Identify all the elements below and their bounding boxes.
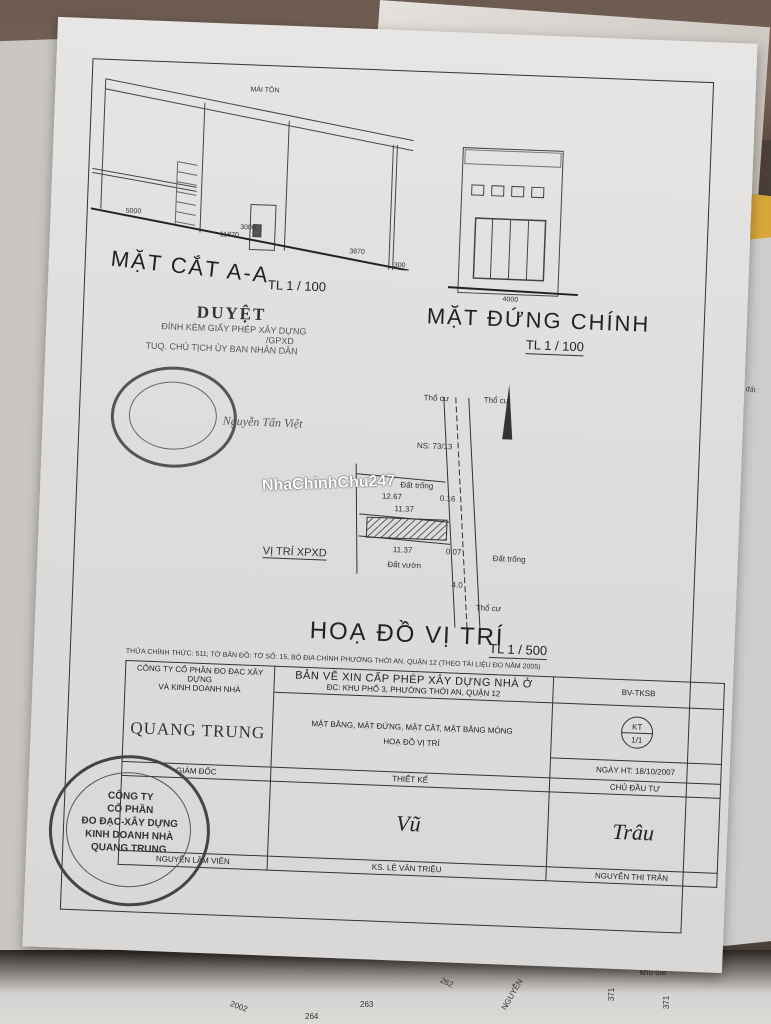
- contents-cell: MẶT BẰNG, MẶT ĐỨNG, MẶT CẮT, MẶT BẰNG MÓ…: [271, 692, 553, 778]
- site-plan-drawing: [335, 373, 545, 640]
- site-label-tho-cu-2: Thổ cư: [484, 396, 510, 406]
- dim-4: 3870: [349, 248, 365, 256]
- section-scale: TL 1 / 100: [268, 277, 327, 295]
- dim-2: 3000: [240, 224, 256, 232]
- company-name: QUANG TRUNG: [127, 718, 268, 743]
- company-cell: CÔNG TY CỔ PHẦN ĐO ĐẠC XÂY DỰNG VÀ KINH …: [122, 660, 275, 767]
- site-measure-016: 0.16: [440, 494, 456, 504]
- site-measure-1137-bottom: 11.37: [393, 545, 413, 555]
- site-plan-scale: TL 1 / 500: [489, 641, 548, 660]
- roof-note: MÁI TÔN: [250, 86, 279, 94]
- title-block: CÔNG TY CỔ PHẦN ĐO ĐẠC XÂY DỰNG VÀ KINH …: [118, 660, 725, 888]
- site-measure-1137-top: 11.37: [394, 504, 414, 514]
- site-label-tho-cu-3: Thổ cư: [476, 603, 502, 613]
- site-label-dat-trong-2: Đất trống: [492, 554, 525, 564]
- site-measure-007: 0.07: [446, 547, 462, 557]
- site-label-dat-vuon: Đất vườn: [387, 560, 421, 570]
- dim-5: 300: [394, 262, 406, 269]
- site-measure-1267: 12.67: [382, 492, 402, 502]
- site-measure-40: 4.0: [451, 580, 462, 589]
- site-location-label: VỊ TRÍ XPXD: [262, 545, 326, 560]
- site-label-tho-cu-1: Thổ cư: [424, 393, 450, 403]
- front-elevation-drawing: [447, 142, 593, 307]
- designer-signature-cell: Vũ: [268, 781, 550, 867]
- building-permit-drawing-sheet: MÁI TÔN 5000 3000 11870 3870 300 MẶT CẮT…: [22, 17, 757, 973]
- dim-1: 5000: [126, 208, 142, 216]
- kt-cell: KT1/1: [551, 703, 724, 765]
- dim-3: 11870: [220, 231, 239, 239]
- sheet-number-circle: KT1/1: [620, 716, 653, 749]
- company-stamp-text: CÔNG TY CỔ PHẦN ĐO ĐẠC-XÂY DỰNG KINH DOA…: [51, 787, 208, 858]
- elevation-scale: TL 1 / 100: [526, 337, 585, 356]
- site-label-dat-trong: Đất trống: [400, 480, 433, 490]
- elevation-width-dim: 4000: [502, 296, 518, 304]
- owner-signature-cell: Trâu: [546, 792, 720, 874]
- site-lot-number: NS: 73/13: [417, 441, 453, 451]
